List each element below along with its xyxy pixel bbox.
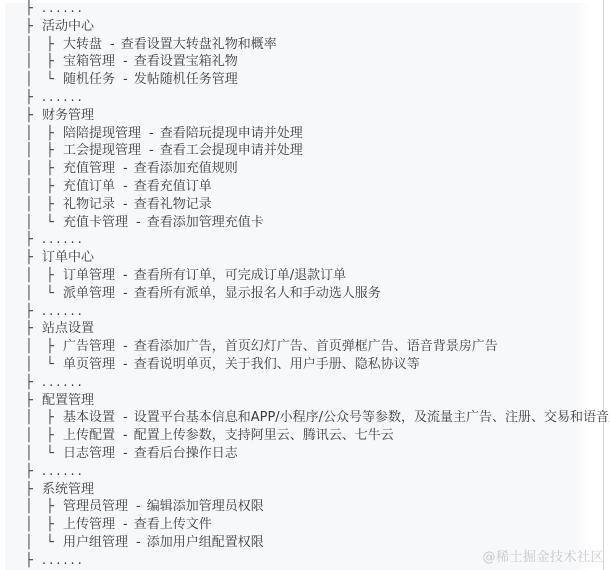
item-desc: 查看说明单页，关于我们、用户手册、隐私协议等 [134,357,420,372]
item-label: 礼物记录 [63,197,115,212]
branch-icon: ├ [25,231,35,249]
branch-icon: ├ [46,267,56,285]
branch-icon: ├ [25,374,35,392]
item-desc: 查看礼物记录 [134,197,212,212]
ellipsis-dots: ...... [42,553,85,568]
item-desc: 查看充值订单 [134,179,212,194]
tree-item: │└随机任务-发帖随机任务管理 [0,71,610,89]
section-label: 财务管理 [42,108,94,123]
branch-icon: ├ [46,36,56,54]
tree-ellipsis-line: ├...... [0,374,610,392]
item-desc: 查看设置大转盘礼物和概率 [121,37,277,52]
section-label: 站点设置 [42,321,94,336]
item-desc: 查看后台操作日志 [134,446,238,461]
separator-dash: - [123,54,128,69]
tree-section: ├配置管理 [0,392,610,410]
tree-item: │├上传配置-配置上传参数，支持阿里云、腾讯云、七牛云 [0,427,610,445]
section-label: 订单中心 [42,250,94,265]
item-desc: 查看添加管理充值卡 [147,215,264,230]
separator-dash: - [123,410,128,425]
branch-icon: ├ [25,392,35,410]
branch-last-icon: └ [46,534,56,552]
branch-last-icon: └ [46,71,56,89]
branch-icon: ├ [46,196,56,214]
item-label: 上传管理 [63,517,115,532]
branch-last-icon: └ [46,356,56,374]
separator-dash: - [110,37,115,52]
tree-section: ├活动中心 [0,18,610,36]
item-label: 管理员管理 [63,499,128,514]
tree-item: │└单页管理-查看说明单页，关于我们、用户手册、隐私协议等 [0,356,610,374]
item-desc: 查看添加充值规则 [134,161,238,176]
branch-icon: ├ [25,481,35,499]
tree-item: │├订单管理-查看所有订单，可完成订单/退款订单 [0,267,610,285]
branch-icon: ├ [46,125,56,143]
item-label: 广告管理 [63,339,115,354]
item-desc: 查看陪玩提现申请并处理 [160,126,303,141]
tree-item: │├礼物记录-查看礼物记录 [0,196,610,214]
item-label: 陪陪提现管理 [63,126,141,141]
tree-ellipsis-line: ├...... [0,89,610,107]
branch-icon: ├ [46,338,56,356]
item-label: 充值管理 [63,161,115,176]
pipe-icon: │ [25,178,35,196]
branch-icon: ├ [46,142,56,160]
separator-dash: - [123,339,128,354]
tree-ellipsis-line: ├...... [0,231,610,249]
pipe-icon: │ [25,427,35,445]
branch-icon: ├ [46,427,56,445]
branch-last-icon: └ [46,285,56,303]
ellipsis-dots: ...... [42,90,85,105]
item-desc: 查看所有订单，可完成订单/退款订单 [134,268,346,283]
branch-icon: ├ [25,0,35,18]
branch-last-icon: └ [46,214,56,232]
item-label: 宝箱管理 [63,54,115,69]
section-label: 活动中心 [42,19,94,34]
pipe-icon: │ [25,516,35,534]
branch-icon: ├ [25,89,35,107]
separator-dash: - [123,179,128,194]
ellipsis-dots: ...... [42,304,85,319]
branch-icon: ├ [46,160,56,178]
pipe-icon: │ [25,53,35,71]
tree-item: │├充值管理-查看添加充值规则 [0,160,610,178]
pipe-icon: │ [25,160,35,178]
branch-icon: ├ [46,53,56,71]
branch-icon: ├ [25,107,35,125]
branch-icon: ├ [25,320,35,338]
tree-item: │└日志管理-查看后台操作日志 [0,445,610,463]
pipe-icon: │ [25,356,35,374]
item-desc: 查看上传文件 [134,517,212,532]
pipe-icon: │ [25,36,35,54]
item-desc: 查看工会提现申请并处理 [160,143,303,158]
pipe-icon: │ [25,142,35,160]
pipe-icon: │ [25,409,35,427]
ellipsis-dots: ...... [42,464,85,479]
tree-section: ├系统管理 [0,481,610,499]
ellipsis-dots: ...... [42,1,85,16]
pipe-icon: │ [25,445,35,463]
item-label: 日志管理 [63,446,115,461]
separator-dash: - [123,161,128,176]
tree-item: │├充值订单-查看充值订单 [0,178,610,196]
item-label: 派单管理 [63,286,115,301]
tree-section: ├站点设置 [0,320,610,338]
separator-dash: - [123,72,128,87]
pipe-icon: │ [25,214,35,232]
item-label: 基本设置 [63,410,115,425]
item-desc: 编辑添加管理员权限 [147,499,264,514]
tree-ellipsis-line: ├...... [0,0,610,18]
item-label: 充值卡管理 [63,215,128,230]
pipe-icon: │ [25,338,35,356]
branch-icon: ├ [46,498,56,516]
tree-item: │├基本设置-设置平台基本信息和APP/小程序/公众号等参数，及流量主广告、注册… [0,409,610,427]
branch-icon: ├ [46,409,56,427]
ellipsis-dots: ...... [42,232,85,247]
permission-tree: ├......├活动中心│├大转盘-查看设置大转盘礼物和概率│├宝箱管理-查看设… [0,0,610,570]
separator-dash: - [123,268,128,283]
item-desc: 配置上传参数，支持阿里云、腾讯云、七牛云 [134,428,394,443]
separator-dash: - [123,286,128,301]
tree-item: │├工会提现管理-查看工会提现申请并处理 [0,142,610,160]
watermark-text: @稀土掘金技术社区 [482,546,604,565]
branch-icon: ├ [25,463,35,481]
tree-ellipsis-line: ├...... [0,463,610,481]
tree-item: │├管理员管理-编辑添加管理员权限 [0,498,610,516]
item-label: 充值订单 [63,179,115,194]
tree-section: ├财务管理 [0,107,610,125]
item-label: 工会提现管理 [63,143,141,158]
separator-dash: - [136,215,141,230]
section-label: 配置管理 [42,393,94,408]
separator-dash: - [123,197,128,212]
branch-icon: ├ [25,249,35,267]
pipe-icon: │ [25,534,35,552]
item-desc: 添加用户组配置权限 [147,535,264,550]
item-label: 大转盘 [63,37,102,52]
pipe-icon: │ [25,196,35,214]
branch-icon: ├ [46,178,56,196]
separator-dash: - [123,428,128,443]
tree-item: │├广告管理-查看添加广告，首页幻灯广告、首页弹框广告、语音背景房广告 [0,338,610,356]
tree-item: │├大转盘-查看设置大转盘礼物和概率 [0,36,610,54]
tree-item: │└派单管理-查看所有派单，显示报名人和手动选人服务 [0,285,610,303]
item-label: 上传配置 [63,428,115,443]
separator-dash: - [136,499,141,514]
ellipsis-dots: ...... [42,375,85,390]
item-desc: 查看设置宝箱礼物 [134,54,238,69]
tree-ellipsis-line: ├...... [0,303,610,321]
pipe-icon: │ [25,71,35,89]
branch-icon: ├ [46,516,56,534]
separator-dash: - [136,535,141,550]
item-desc: 发帖随机任务管理 [134,72,238,87]
item-label: 订单管理 [63,268,115,283]
separator-dash: - [123,357,128,372]
tree-item: │├宝箱管理-查看设置宝箱礼物 [0,53,610,71]
item-label: 随机任务 [63,72,115,87]
pipe-icon: │ [25,285,35,303]
separator-dash: - [123,446,128,461]
branch-last-icon: └ [46,445,56,463]
pipe-icon: │ [25,125,35,143]
branch-icon: ├ [25,552,35,570]
tree-item: │└充值卡管理-查看添加管理充值卡 [0,214,610,232]
item-desc: 查看添加广告，首页幻灯广告、首页弹框广告、语音背景房广告 [134,339,498,354]
section-label: 系统管理 [42,482,94,497]
item-label: 用户组管理 [63,535,128,550]
item-desc: 查看所有派单，显示报名人和手动选人服务 [134,286,381,301]
separator-dash: - [123,517,128,532]
branch-icon: ├ [25,18,35,36]
branch-icon: ├ [25,303,35,321]
pipe-icon: │ [25,267,35,285]
pipe-icon: │ [25,498,35,516]
item-desc: 设置平台基本信息和APP/小程序/公众号等参数，及流量主广告、注册、交易和语音房 [134,410,610,425]
tree-section: ├订单中心 [0,249,610,267]
tree-item: │├陪陪提现管理-查看陪玩提现申请并处理 [0,125,610,143]
separator-dash: - [149,143,154,158]
separator-dash: - [149,126,154,141]
item-label: 单页管理 [63,357,115,372]
tree-item: │├上传管理-查看上传文件 [0,516,610,534]
